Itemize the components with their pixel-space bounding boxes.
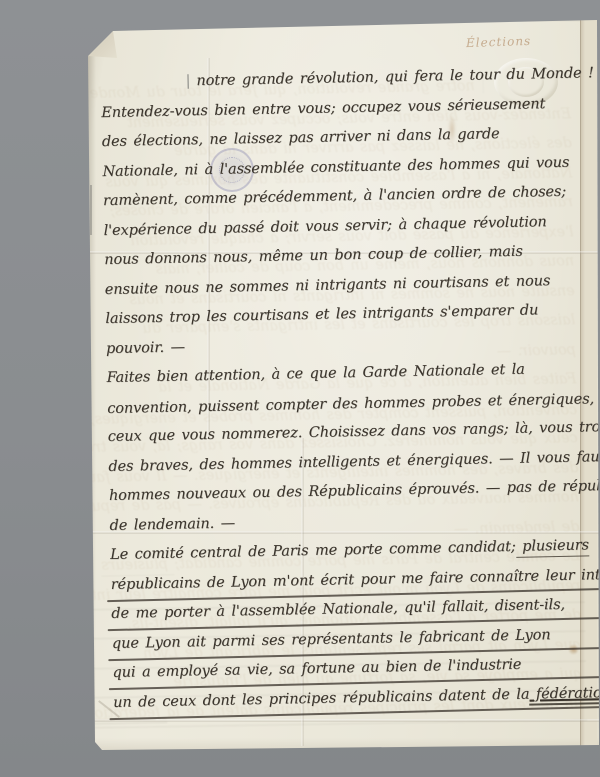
manuscript-line: pouvoir. — xyxy=(106,331,592,366)
manuscript-line: laissons trop les courtisans et les intr… xyxy=(105,301,591,336)
manuscript-page: Élections |notre grande révolution, qui … xyxy=(86,18,600,752)
line-text: de lendemain. — xyxy=(109,515,235,534)
manuscript-line: ensuite nous ne sommes ni intrigants ni … xyxy=(105,272,591,307)
manuscript-line: ramènent, comme précédemment, à l'ancien… xyxy=(103,183,589,218)
line-text: un de ceux dont les principes républicai… xyxy=(113,686,530,710)
manuscript-line: nous donnons nous, même un bon coup de c… xyxy=(104,242,590,277)
manuscript-line: l'expérience du passé doit vous servir; … xyxy=(103,213,589,248)
manuscript-line: Entendez-vous bien entre vous; occupez v… xyxy=(101,95,587,130)
line-text: ensuite nous ne sommes ni intrigants ni … xyxy=(105,273,551,298)
line-text: qui a employé sa vie, sa fortune au bien… xyxy=(112,657,521,681)
line-text: des élections, ne laissez pas arriver ni… xyxy=(102,126,500,150)
manuscript-line: convention, puissent compter des hommes … xyxy=(107,390,593,425)
underlined-word: plusieurs xyxy=(516,537,590,557)
line-text: ramènent, comme précédemment, à l'ancien… xyxy=(103,184,566,209)
photograph-background: Élections |notre grande révolution, qui … xyxy=(0,0,600,777)
manuscript-line: hommes nouveaux ou des Républicains épro… xyxy=(109,478,595,513)
manuscript-line: de me porter à l'assemblée Nationale, qu… xyxy=(111,596,597,631)
line-text: Nationale, ni à l'assemblée constituante… xyxy=(102,154,569,179)
line-text: pouvoir. — xyxy=(106,339,185,357)
line-text: Faites bien attention, à ce que la Garde… xyxy=(106,362,524,386)
manuscript-line: que Lyon ait parmi ses représentants le … xyxy=(112,626,598,661)
line-text: Entendez-vous bien entre vous; occupez v… xyxy=(101,96,545,121)
line-text: Le comité central de Paris me porte comm… xyxy=(110,539,516,563)
manuscript-line: un de ceux dont les principes républicai… xyxy=(113,685,599,720)
manuscript-line: des braves, des hommes intelligents et é… xyxy=(108,449,594,484)
line-text: notre grande révolution, qui fera le tou… xyxy=(196,65,594,89)
manuscript-line: républicains de Lyon m'ont écrit pour me… xyxy=(111,567,597,602)
manuscript-line: qui a employé sa vie, sa fortune au bien… xyxy=(112,655,598,690)
line-text: de me porter à l'assemblée Nationale, qu… xyxy=(111,597,565,622)
line-text: que Lyon ait parmi ses représentants le … xyxy=(112,627,551,652)
manuscript-line: ceux que vous nommerez. Choisissez dans … xyxy=(108,419,594,454)
manuscript-line: de lendemain. — xyxy=(109,508,595,543)
line-text: convention, puissent compter des hommes … xyxy=(107,391,594,417)
manuscript-line: des élections, ne laissez pas arriver ni… xyxy=(102,124,588,159)
line-text: l'expérience du passé doit vous servir; … xyxy=(103,214,546,239)
line-text: nous donnons nous, même un bon coup de c… xyxy=(104,244,523,268)
handwriting-layer: |notre grande révolution, qui fera le to… xyxy=(84,8,600,752)
manuscript-line: Nationale, ni à l'assemblée constituante… xyxy=(102,154,588,189)
struck-out-word: dans xyxy=(48,411,82,429)
manuscript-line: Le comité central de Paris me porte comm… xyxy=(110,537,596,572)
manuscript-line: |notre grande révolution, qui fera le to… xyxy=(101,64,600,100)
insertion-mark: | xyxy=(186,73,191,89)
double-underlined-word: fédération xyxy=(529,684,600,705)
manuscript-line: Faites bien attention, à ce que la Garde… xyxy=(106,360,592,395)
line-text: laissons trop les courtisans et les intr… xyxy=(105,302,538,327)
